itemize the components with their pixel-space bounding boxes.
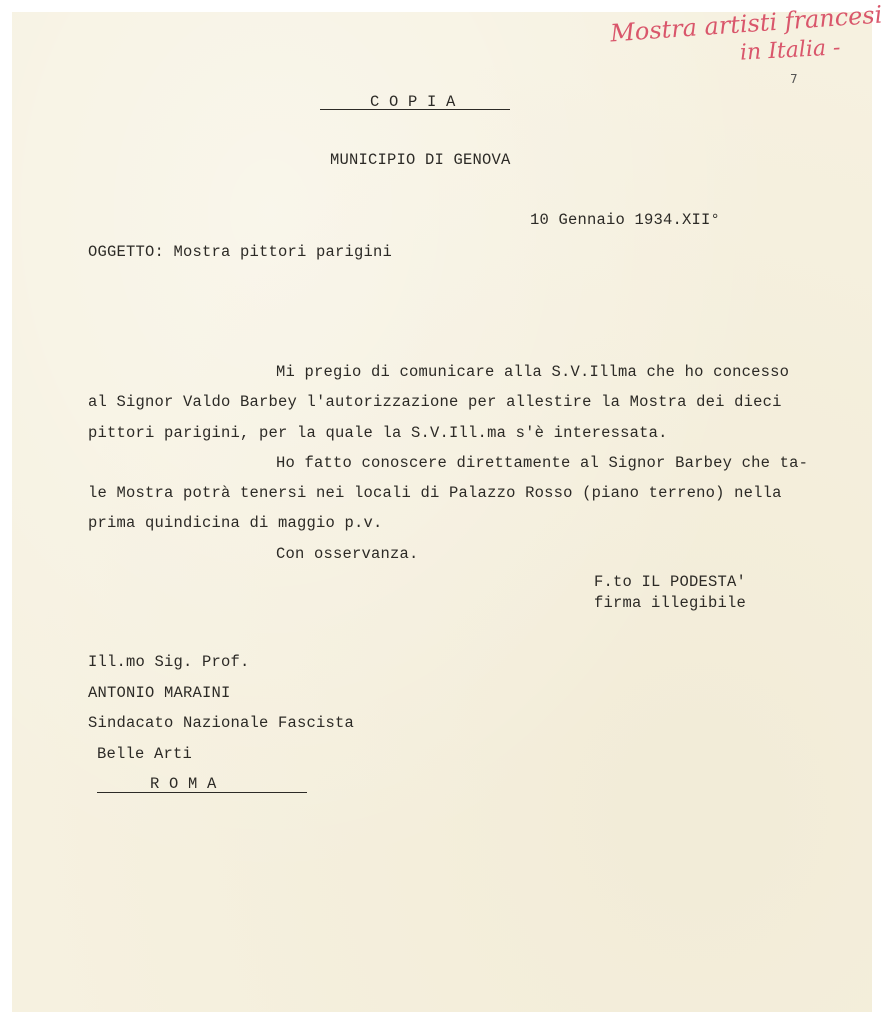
handwritten-note-line2: in Italia - [739,35,841,65]
page-number: 7 [790,72,798,86]
subject-line: OGGETTO: Mostra pittori parigini [88,243,392,261]
recipient-city: R O M A [150,775,217,793]
body-line: prima quindicina di maggio p.v. [88,514,383,532]
recipient-line: Ill.mo Sig. Prof. [88,653,250,671]
document-date: 10 Gennaio 1934.XII° [530,211,720,229]
issuer-title: MUNICIPIO DI GENOVA [330,151,511,169]
signature-note: firma illegibile [594,594,746,612]
city-underline [97,792,307,793]
body-line: pittori parigini, per la quale la S.V.Il… [88,424,668,442]
recipient-line: Sindacato Nazionale Fascista [88,714,354,732]
signature-title: F.to IL PODESTA' [594,573,746,591]
body-line: Mi pregio di comunicare alla S.V.Illma c… [276,363,789,381]
body-line: le Mostra potrà tenersi nei locali di Pa… [88,484,782,502]
closing-line: Con osservanza. [276,545,419,563]
copy-underline [320,109,510,110]
recipient-line: Belle Arti [97,745,192,763]
body-line: Ho fatto conoscere direttamente al Signo… [276,454,808,472]
recipient-name: ANTONIO MARAINI [88,684,231,702]
body-line: al Signor Valdo Barbey l'autorizzazione … [88,393,782,411]
